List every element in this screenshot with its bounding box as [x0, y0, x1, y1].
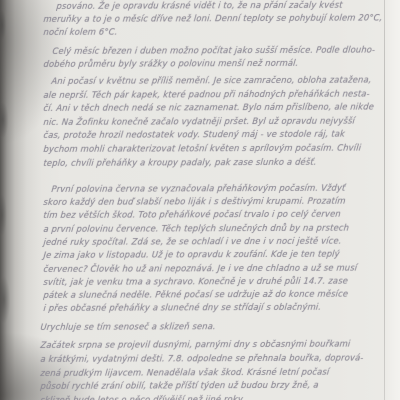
handwritten-line: jedné ruky spočítal. Zdá se, že se ochla…	[43, 236, 342, 247]
handwritten-line: ale neprší. Těch pár kapek, které padnou…	[43, 89, 370, 100]
handwritten-line: Ani počasí v květnu se příliš nemění. Je…	[51, 75, 372, 86]
binding-shadow	[0, 0, 22, 400]
handwritten-line: bychom mohli charakterizovat letošní kvě…	[43, 143, 362, 154]
scanned-page: psováno. Že je opravdu krásné vidět i to…	[0, 0, 400, 400]
handwritten-line: Celý měsíc březen i duben možno počítat …	[52, 45, 376, 56]
handwritten-line: Urychluje se tím senoseč a sklizeň sena.	[40, 321, 216, 332]
handwritten-line: nic. Na Žofinku konečně začalo vydatněji…	[43, 116, 355, 127]
handwritten-line: sklizeň bude letos o něco dřívější než j…	[40, 394, 243, 400]
handwritten-line: a první polovinu července. Těch teplých …	[43, 223, 350, 234]
handwritten-line: zená prudkým lijavcem. Nenadělala však š…	[40, 367, 330, 378]
handwritten-line: Začátek srpna se projevil dusnými, parný…	[40, 339, 351, 350]
handwritten-line: První polovina června se vyznačovala pře…	[51, 183, 346, 194]
handwritten-line: i přes občasné přeháňky a slunečné dny s…	[43, 302, 322, 313]
handwritten-line: Je zima jako v listopadu. Už je to oprav…	[43, 249, 340, 260]
handwritten-line: skoro každý den buď slabší nebo liják i …	[43, 196, 346, 207]
handwritten-line: a krátkými, vydatnými dešti. 7.8. odpole…	[40, 353, 364, 364]
handwritten-line: psováno. Že je opravdu krásné vidět i to…	[56, 0, 343, 11]
page-edge-strip	[385, 0, 400, 400]
handwritten-line: meruňky a to je o měsíc dříve než loni. …	[43, 13, 383, 24]
handwritten-line: svítit, jak je venku tma a sychravo. Kon…	[43, 276, 349, 287]
handwritten-line: čas, protože hrozil nedostatek vody. Stu…	[43, 129, 346, 140]
handwritten-line: červenec? Člověk ho už ani nepoznává. Je…	[43, 263, 358, 274]
handwritten-line: čí. Ani v těch dnech nedá se nic zazname…	[43, 102, 375, 113]
handwritten-line: pátek a slunečná neděle. Pěkné počasí se…	[43, 289, 349, 300]
handwritten-line: tím bez větších škod. Toto přeháňkové po…	[43, 209, 341, 220]
handwritten-line: dobého průměru byly srážky o polovinu me…	[43, 58, 299, 69]
handwritten-line: působí rychlé zrání obilí, takže příští …	[40, 380, 319, 391]
handwritten-line: noční kolem 6°C.	[43, 27, 118, 37]
handwritten-line: teplo, chvíli přeháňky a kroupy padaly, …	[43, 157, 317, 168]
